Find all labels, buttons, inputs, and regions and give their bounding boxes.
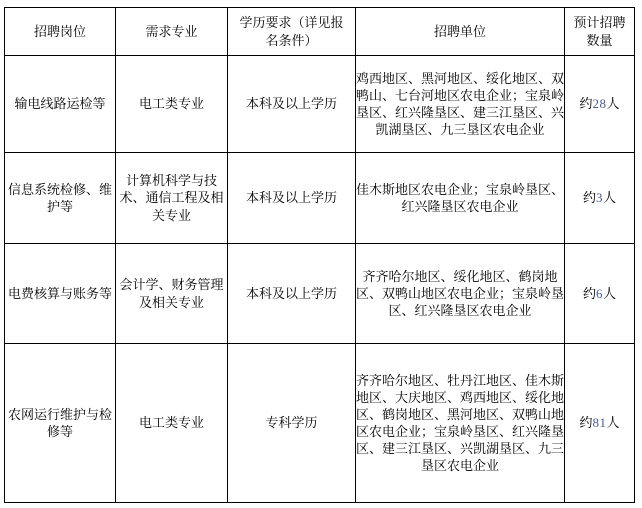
table-row: 信息系统检修、维护等 计算机科学与技术、通信工程及相关专业 本科及以上学历 佳木… [5, 153, 635, 244]
count-prefix: 约 [579, 96, 592, 111]
cell-education: 本科及以上学历 [228, 244, 356, 344]
count-suffix: 人 [603, 190, 616, 205]
cell-major: 计算机科学与技术、通信工程及相关专业 [116, 153, 228, 244]
count-suffix: 人 [607, 415, 620, 430]
cell-education: 本科及以上学历 [228, 153, 356, 244]
cell-count: 约28人 [565, 56, 635, 153]
recruitment-table: 招聘岗位 需求专业 学历要求（详见报名条件） 招聘单位 预计招聘数量 输电线路运… [4, 7, 635, 503]
count-number: 3 [596, 190, 603, 205]
cell-position: 农网运行维护与检修等 [5, 344, 116, 503]
cell-major: 电工类专业 [116, 344, 228, 503]
cell-major: 会计学、财务管理及相关专业 [116, 244, 228, 344]
count-number: 6 [596, 286, 603, 301]
count-suffix: 人 [603, 286, 616, 301]
cell-units: 鸡西地区、黑河地区、绥化地区、双鸭山、七台河地区农电企业；宝泉岭垦区、红兴隆垦区… [356, 56, 565, 153]
header-major: 需求专业 [116, 8, 228, 56]
cell-count: 约6人 [565, 244, 635, 344]
count-prefix: 约 [583, 190, 596, 205]
header-count: 预计招聘数量 [565, 8, 635, 56]
cell-units: 齐齐哈尔地区、绥化地区、鹤岗地区、双鸭山地区农电企业；宝泉岭垦区、红兴隆垦区农电… [356, 244, 565, 344]
cell-position: 输电线路运检等 [5, 56, 116, 153]
cell-units: 齐齐哈尔地区、牡丹江地区、佳木斯地区、大庆地区、鸡西地区、绥化地区、鹤岗地区、黑… [356, 344, 565, 503]
cell-position: 电费核算与账务等 [5, 244, 116, 344]
header-row: 招聘岗位 需求专业 学历要求（详见报名条件） 招聘单位 预计招聘数量 [5, 8, 635, 56]
cell-count: 约3人 [565, 153, 635, 244]
table-row: 电费核算与账务等 会计学、财务管理及相关专业 本科及以上学历 齐齐哈尔地区、绥化… [5, 244, 635, 344]
header-units: 招聘单位 [356, 8, 565, 56]
table-row: 农网运行维护与检修等 电工类专业 专科学历 齐齐哈尔地区、牡丹江地区、佳木斯地区… [5, 344, 635, 503]
count-number: 81 [593, 415, 607, 430]
table-row: 输电线路运检等 电工类专业 本科及以上学历 鸡西地区、黑河地区、绥化地区、双鸭山… [5, 56, 635, 153]
count-number: 28 [593, 96, 607, 111]
cell-major: 电工类专业 [116, 56, 228, 153]
cell-units: 佳木斯地区农电企业；宝泉岭垦区、红兴隆垦区农电企业 [356, 153, 565, 244]
count-prefix: 约 [583, 286, 596, 301]
header-education: 学历要求（详见报名条件） [228, 8, 356, 56]
cell-education: 本科及以上学历 [228, 56, 356, 153]
cell-position: 信息系统检修、维护等 [5, 153, 116, 244]
count-suffix: 人 [607, 96, 620, 111]
count-prefix: 约 [579, 415, 592, 430]
cell-count: 约81人 [565, 344, 635, 503]
cell-education: 专科学历 [228, 344, 356, 503]
header-position: 招聘岗位 [5, 8, 116, 56]
